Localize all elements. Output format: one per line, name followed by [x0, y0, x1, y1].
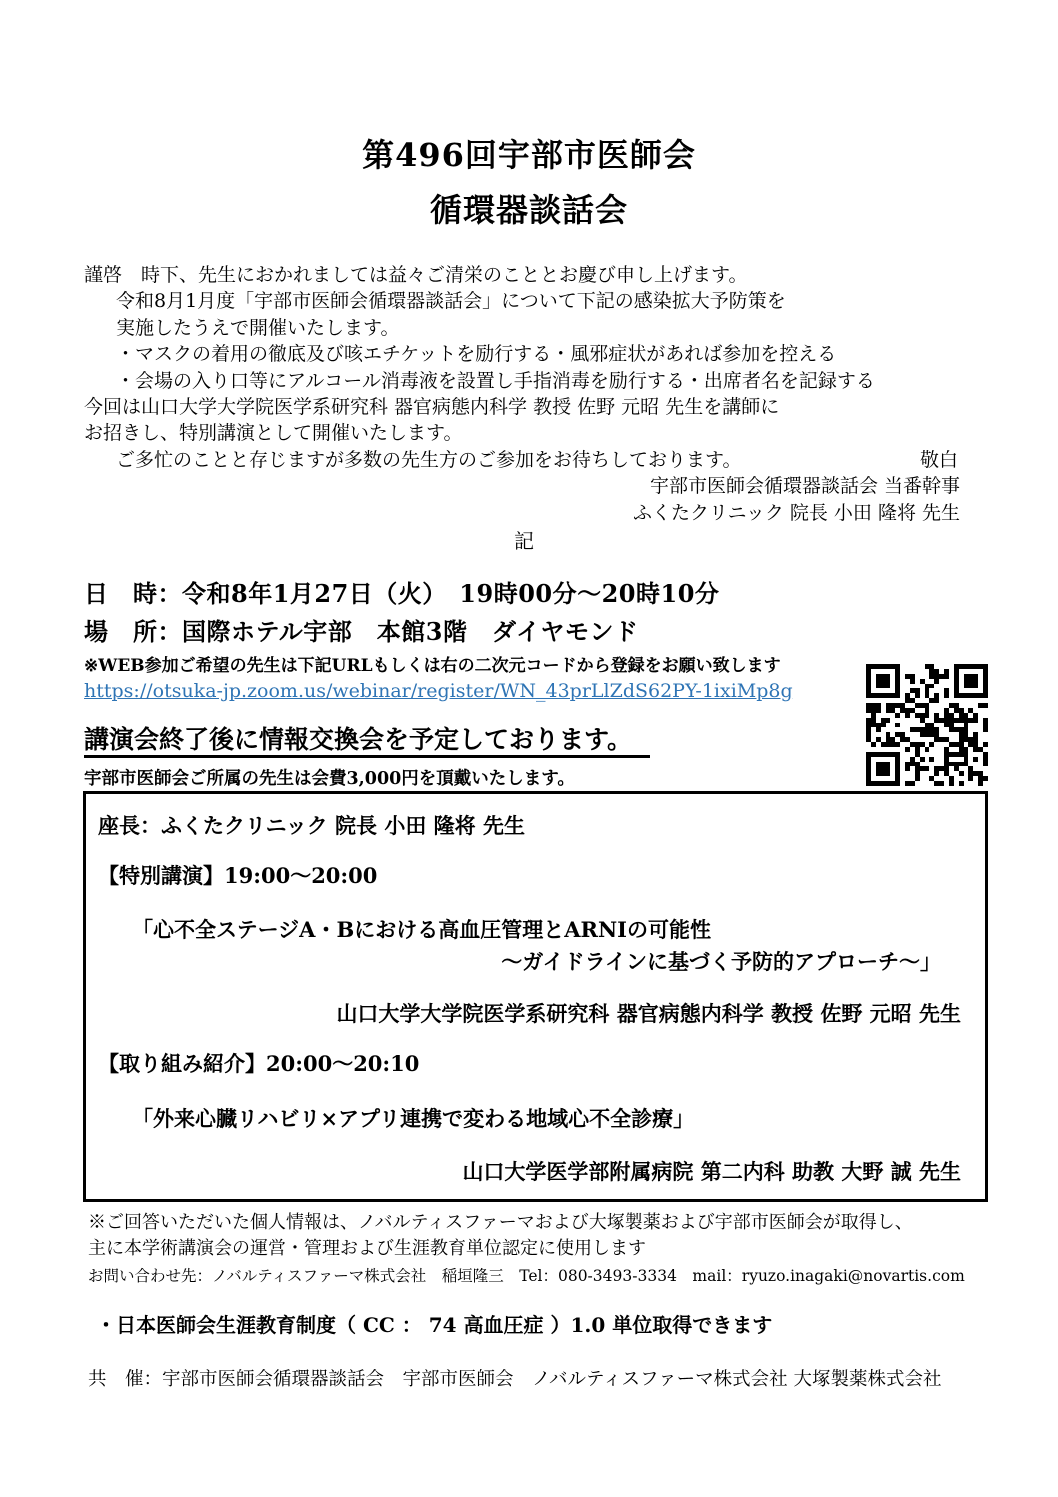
flyer-page: 第496回宇部市医師会 循環器談話会 謹啓 時下、先生におかれましては益々ご清栄… [0, 0, 1058, 1497]
lecture2-title: 「外来心臓リハビリ×アプリ連携で変わる地域心不全診療」 [132, 1105, 985, 1133]
cme-credit-note: ・日本医師会生涯教育制度（ CC ： 74 高血圧症 ）1.0 単位取得できます [96, 1309, 972, 1338]
keihaku-label: 敬白 [920, 447, 966, 473]
chair-signature: ふくたクリニック 院長 小田 隆将 先生 [84, 500, 966, 526]
webinar-registration-link[interactable]: https://otsuka-jp.zoom.us/webinar/regist… [84, 680, 793, 702]
greeting-line: 実施したうえで開催いたします。 [84, 315, 966, 341]
special-lecture-label: 【特別講演】19:00～20:00 [98, 862, 985, 890]
event-details: 日 時：令和8年1月27日（火） 19時00分～20時10分 場 所：国際ホテル… [84, 575, 966, 790]
greeting-line: 今回は山口大学大学院医学系研究科 器官病態内科学 教授 佐野 元昭 先生を講師に [84, 394, 966, 420]
web-participation-note: ※WEB参加ご希望の先生は下記URLもしくは右の二次元コードから登録をお願い致し… [84, 654, 966, 678]
lecture1-speaker: 山口大学大学院医学系研究科 器官病態内科学 教授 佐野 元昭 先生 [86, 1000, 961, 1028]
exchange-meeting-notice: 講演会終了後に情報交換会を予定しております。 [84, 722, 966, 758]
fee-note: 宇部市医師会ご所属の先生は会費3,000円を頂戴いたします。 [84, 765, 966, 790]
precaution-item: ・マスクの着用の徹底及び咳エチケットを励行する・風邪症状があれば参加を控える [84, 341, 966, 367]
precaution-item: ・会場の入り口等にアルコール消毒液を設置し手指消毒を励行する・出席者名を記録する [84, 368, 966, 394]
initiative-label: 【取り組み紹介】20:00～20:10 [98, 1050, 985, 1078]
program-box: 座長：ふくたクリニック 院長 小田 隆将 先生 【特別講演】19:00～20:0… [83, 791, 988, 1202]
greeting-line: 令和8月1月度「宇部市医師会循環器談話会」について下記の感染拡大予防策を [84, 288, 966, 314]
greeting-line: お招きし、特別講演として開催いたします。 [84, 420, 966, 446]
privacy-note-line2: 主に本学術講演会の運営・管理および生涯教育単位認定に使用します [88, 1236, 972, 1262]
ki-heading: 記 [84, 528, 966, 554]
program-chair: 座長：ふくたクリニック 院長 小田 隆将 先生 [98, 812, 985, 840]
cosponsor-line: 共 催：宇部市医師会循環器談話会 宇部市医師会 ノバルティスファーマ株式会社 大… [88, 1365, 972, 1391]
privacy-note-line1: ※ご回答いただいた個人情報は、ノバルティスファーマおよび大塚製薬および宇部市医師… [88, 1210, 972, 1236]
event-place: 場 所：国際ホテル宇部 本館3階 ダイヤモンド [84, 613, 966, 651]
webinar-url-line: https://otsuka-jp.zoom.us/webinar/regist… [84, 679, 966, 704]
qr-code [866, 664, 988, 786]
greeting-paragraph: 謹啓 時下、先生におかれましては益々ご清栄のこととお慶び申し上げます。 令和8月… [84, 262, 966, 554]
greeting-line: ご多忙のことと存じますが多数の先生方のご参加をお待ちしております。 [84, 447, 741, 473]
footer: ※ご回答いただいた個人情報は、ノバルティスファーマおよび大塚製薬および宇部市医師… [88, 1210, 972, 1391]
title-line1: 第496回宇部市医師会 [0, 128, 1058, 183]
lecture1-title-line2: ～ガイドラインに基づく予防的アプローチ～」 [86, 948, 941, 976]
lecture2-speaker: 山口大学医学部附属病院 第二内科 助教 大野 誠 先生 [86, 1158, 961, 1186]
greeting-line: 謹啓 時下、先生におかれましては益々ご清栄のこととお慶び申し上げます。 [84, 262, 966, 288]
title-line2: 循環器談話会 [0, 183, 1058, 238]
event-datetime: 日 時：令和8年1月27日（火） 19時00分～20時10分 [84, 575, 966, 613]
contact-info: お問い合わせ先：ノバルティスファーマ株式会社 稲垣隆三 Tel：080-3493… [88, 1264, 972, 1288]
lecture1-title-line1: 「心不全ステージA・Bにおける高血圧管理とARNIの可能性 [132, 916, 985, 944]
greeting-closing-line: ご多忙のことと存じますが多数の先生方のご参加をお待ちしております。 敬白 [84, 447, 966, 473]
organizer-signature: 宇部市医師会循環器談話会 当番幹事 [84, 473, 966, 499]
document-title: 第496回宇部市医師会 循環器談話会 [0, 128, 1058, 238]
